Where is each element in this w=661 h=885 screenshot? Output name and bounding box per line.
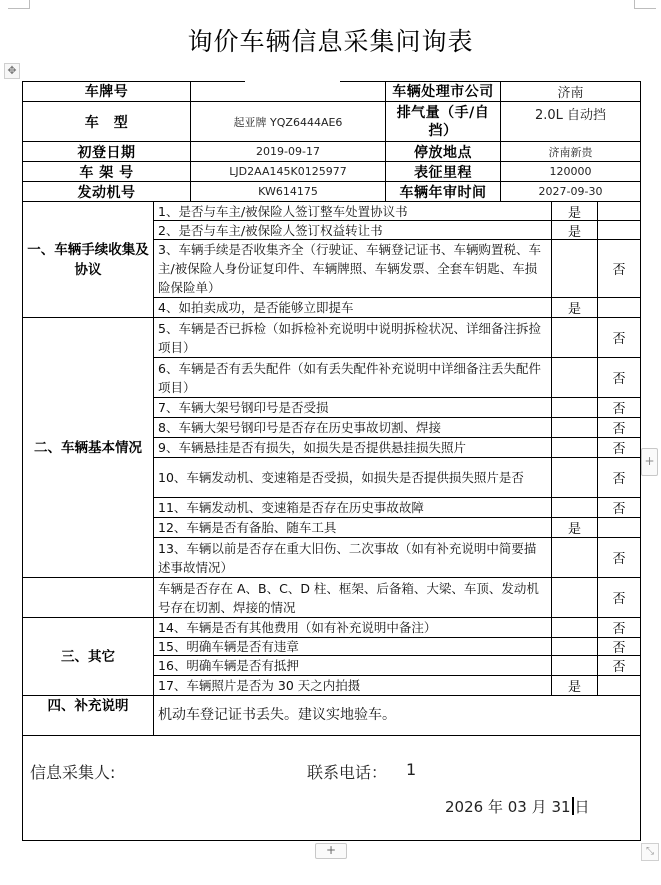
collector-label: 信息采集人:	[30, 760, 115, 783]
item-16-no[interactable]: 否	[597, 655, 641, 675]
engine-value[interactable]: KW614175	[190, 181, 385, 201]
crop-mark-top-left-v	[29, 0, 30, 9]
item-17-no[interactable]	[597, 675, 641, 695]
checklist-item-13: 13、车辆以前是否存在重大旧伤、二次事故（如有补充说明中简要描述事故情况）	[153, 537, 551, 577]
text-cursor	[572, 797, 574, 815]
signature-block	[22, 735, 641, 841]
checklist-item-16: 16、明确车辆是否有抵押	[153, 655, 551, 675]
item-pillars-no[interactable]: 否	[597, 577, 641, 617]
checklist-item-14: 14、车辆是否有其他费用（如有补充说明中备注）	[153, 617, 551, 637]
item-1-no[interactable]	[597, 201, 641, 220]
item-11-yes[interactable]	[551, 497, 597, 517]
mileage-label: 表征里程	[385, 161, 500, 181]
plate-label: 车牌号	[22, 81, 190, 101]
checklist-item-17: 17、车辆照片是否为 30 天之内拍摄	[153, 675, 551, 695]
checklist-item-7: 7、车辆大架号钢印号是否受损	[153, 397, 551, 417]
displacement-value[interactable]: 2.0L 自动挡	[500, 101, 641, 141]
checklist-item-9: 9、车辆悬挂是否有损失，如损失是否提供悬挂损失照片	[153, 437, 551, 457]
item-14-no[interactable]: 否	[597, 617, 641, 637]
item-15-no[interactable]: 否	[597, 637, 641, 655]
add-column-icon[interactable]: +	[641, 448, 658, 476]
inspection-label: 车辆年审时间	[385, 181, 500, 201]
checklist-item-2: 2、是否与车主/被保险人签订权益转让书	[153, 220, 551, 239]
phone-value[interactable]: 1	[406, 760, 416, 779]
location-value[interactable]: 济南新贵	[500, 141, 641, 161]
date-month: 03	[508, 798, 527, 816]
item-5-yes[interactable]	[551, 317, 597, 357]
item-16-yes[interactable]	[551, 655, 597, 675]
item-15-yes[interactable]	[551, 637, 597, 655]
table-resize-icon[interactable]: ⤡	[641, 843, 659, 861]
date-year-char: 年	[488, 798, 503, 816]
item-11-no[interactable]: 否	[597, 497, 641, 517]
checklist-item-4: 4、如拍卖成功，是否能够立即提车	[153, 297, 551, 317]
vin-label: 车 架 号	[22, 161, 190, 181]
item-13-no[interactable]: 否	[597, 537, 641, 577]
item-8-yes[interactable]	[551, 417, 597, 437]
item-4-yes[interactable]: 是	[551, 297, 597, 317]
item-9-yes[interactable]	[551, 437, 597, 457]
checklist-item-5: 5、车辆是否已拆检（如拆检补充说明中说明拆检状况、详细备注拆捡项目）	[153, 317, 551, 357]
checklist-item-11: 11、车辆发动机、变速箱是否存在历史事故故障	[153, 497, 551, 517]
item-8-no[interactable]: 否	[597, 417, 641, 437]
reg-date-value[interactable]: 2019-09-17	[190, 141, 385, 161]
city-label: 车辆处理市公司	[385, 81, 500, 101]
item-6-no[interactable]: 否	[597, 357, 641, 397]
add-row-icon[interactable]: +	[315, 843, 347, 859]
date-year: 2026	[445, 798, 483, 816]
supplement-label: 四、补充说明	[22, 695, 153, 735]
checklist-item-15: 15、明确车辆是否有违章	[153, 637, 551, 655]
date-day-char: 日	[575, 798, 590, 816]
item-17-yes[interactable]: 是	[551, 675, 597, 695]
crop-mark-top-right	[634, 8, 656, 9]
section-2-title: 二、车辆基本情况	[22, 317, 153, 577]
checklist-item-12: 12、车辆是否有备胎、随车工具	[153, 517, 551, 537]
item-3-yes[interactable]	[551, 239, 597, 297]
checklist-item-6: 6、车辆是否有丢失配件（如有丢失配件补充说明中详细备注丢失配件项目）	[153, 357, 551, 397]
item-1-yes[interactable]: 是	[551, 201, 597, 220]
checklist-item-10: 10、车辆发动机、变速箱是否受损，如损失是否提供损失照片是否	[153, 457, 551, 497]
document-title: 询价车辆信息采集问询表	[0, 22, 661, 58]
model-label: 车 型	[22, 101, 190, 141]
inspection-value[interactable]: 2027-09-30	[500, 181, 641, 201]
model-value[interactable]: 起亚牌 YQZ6444AE6	[190, 101, 385, 141]
item-6-yes[interactable]	[551, 357, 597, 397]
item-14-yes[interactable]	[551, 617, 597, 637]
collector-value[interactable]	[140, 760, 260, 780]
item-9-no[interactable]: 否	[597, 437, 641, 457]
item-2-yes[interactable]: 是	[551, 220, 597, 239]
checklist-item-1: 1、是否与车主/被保险人签订整车处置协议书	[153, 201, 551, 220]
item-2-no[interactable]	[597, 220, 641, 239]
item-12-no[interactable]	[597, 517, 641, 537]
item-10-no[interactable]: 否	[597, 457, 641, 497]
item-3-no[interactable]: 否	[597, 239, 641, 297]
checklist-item-3: 3、车辆手续是否收集齐全（行驶证、车辆登记证书、车辆购置税、车主/被保险人身份证…	[153, 239, 551, 297]
item-10-yes[interactable]	[551, 457, 597, 497]
item-pillars-yes[interactable]	[551, 577, 597, 617]
pillars-section-blank	[22, 577, 153, 617]
date-day: 31	[551, 798, 570, 816]
crop-mark-top-right-v	[634, 0, 635, 9]
item-13-yes[interactable]	[551, 537, 597, 577]
mileage-value[interactable]: 120000	[500, 161, 641, 181]
item-7-yes[interactable]	[551, 397, 597, 417]
checklist-item-8: 8、车辆大架号钢印号是否存在历史事故切割、焊接	[153, 417, 551, 437]
displacement-label: 排气量（手/自挡）	[385, 101, 500, 141]
item-4-no[interactable]	[597, 297, 641, 317]
crop-mark-top-left	[8, 8, 30, 9]
checklist-item-pillars: 车辆是否存在 A、B、C、D 柱、框架、后备箱、大梁、车顶、发动机号存在切割、焊…	[153, 577, 551, 617]
item-12-yes[interactable]: 是	[551, 517, 597, 537]
signature-date[interactable]: 2026 年 03 月 31日	[445, 796, 590, 817]
date-month-char: 月	[532, 798, 547, 816]
section-3-title: 三、其它	[22, 617, 153, 695]
reg-date-label: 初登日期	[22, 141, 190, 161]
vin-value[interactable]: LJD2AA145K0125977	[190, 161, 385, 181]
item-5-no[interactable]: 否	[597, 317, 641, 357]
engine-label: 发动机号	[22, 181, 190, 201]
table-move-handle-icon[interactable]: ✥	[4, 63, 20, 79]
item-7-no[interactable]: 否	[597, 397, 641, 417]
city-value[interactable]: 济南	[500, 81, 641, 101]
supplement-text[interactable]: 机动车登记证书丢失。建议实地验车。	[153, 695, 641, 735]
section-1-title: 一、车辆手续收集及协议	[22, 201, 153, 317]
location-label: 停放地点	[385, 141, 500, 161]
phone-label: 联系电话：	[307, 760, 387, 783]
plate-value[interactable]	[190, 81, 385, 101]
